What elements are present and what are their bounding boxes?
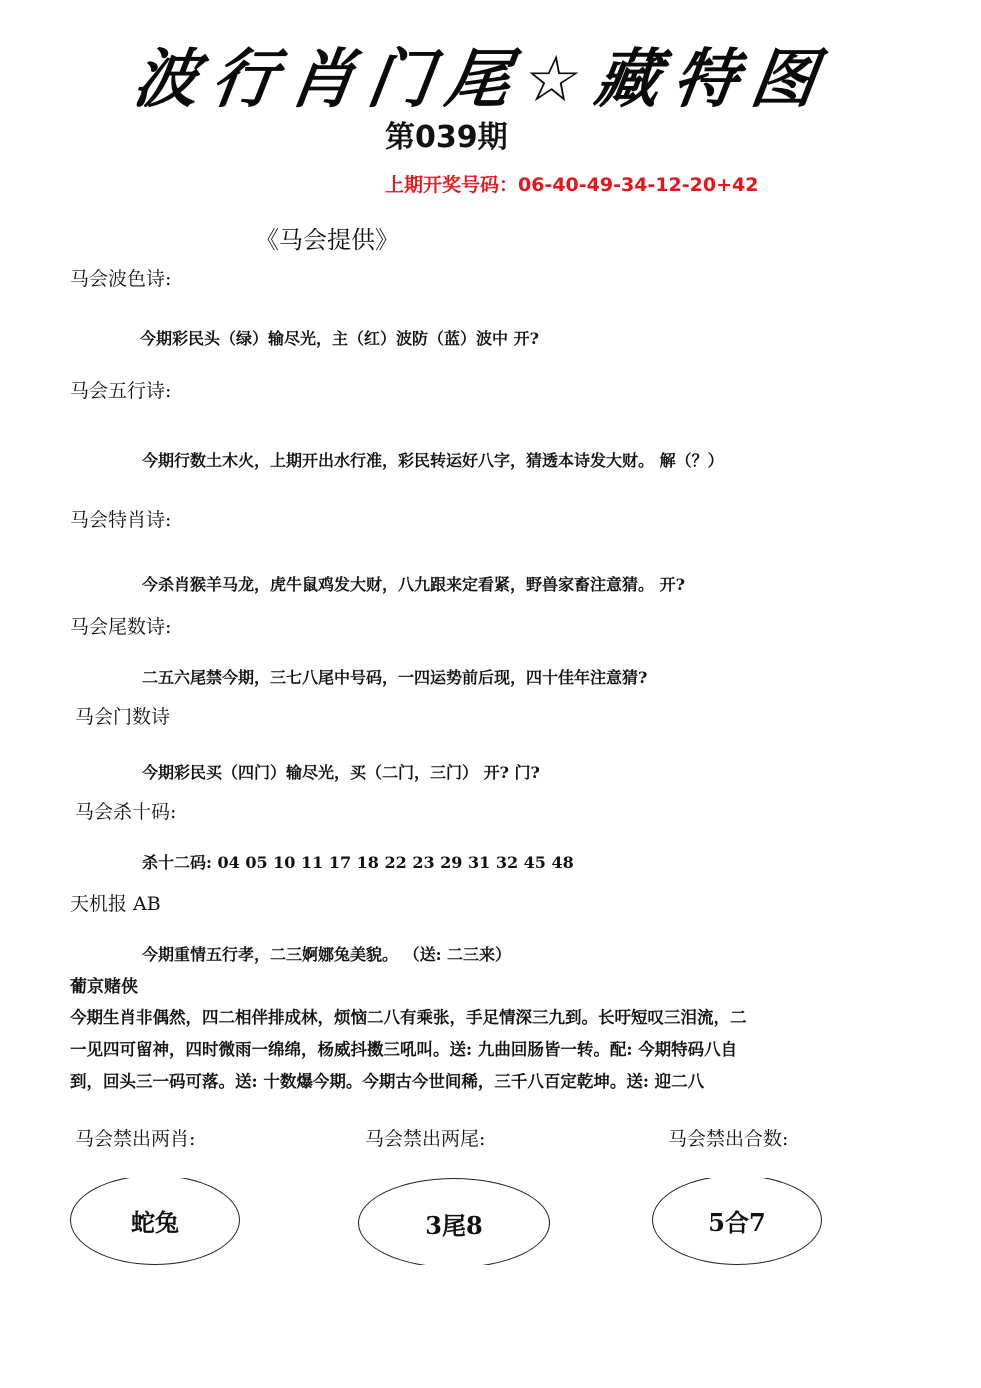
section-text-special-zodiac: 今杀肖猴羊马龙，虎牛鼠鸡发大财，八九跟来定看紧，野兽家畜注意猜。 开?: [142, 572, 685, 595]
gambler-line: 一见四可留神，四时微雨一绵绵，杨威抖擞三吼叫。送: 九曲回肠皆一转。配: 今期特…: [70, 1034, 900, 1066]
gambler-line: 今期生肖非偶然，四二相伴排成林，烦恼二八有乘张，手足情深三九到。长吁短叹三泪流，…: [70, 1002, 900, 1034]
ban-zodiac-value: 蛇兔: [131, 1203, 179, 1238]
last-draw-value: 06-40-49-34-12-20+42: [518, 174, 758, 196]
last-draw-label: 上期开奖号码：: [385, 174, 518, 196]
section-text-kill-numbers: 杀十二码: 04 05 10 11 17 18 22 23 29 31 32 4…: [142, 850, 574, 873]
section-heading-door-number: 马会门数诗: [75, 702, 170, 729]
section-heading-wave-color: 马会波色诗:: [70, 264, 171, 291]
section-text-tail-number: 二五六尾禁今期，三七八尾中号码，一四运势前后现，四十佳年注意猜?: [142, 665, 647, 688]
provider-label: 《马会提供》: [255, 220, 399, 255]
ban-sum-value: 5合7: [708, 1203, 765, 1238]
section-heading-special-zodiac: 马会特肖诗:: [70, 505, 171, 532]
ban-tail-value: 3尾8: [425, 1206, 482, 1241]
section-text-wave-color: 今期彩民头（绿）输尽光，主（红）波防（蓝）波中 开?: [140, 326, 539, 349]
section-text-door-number: 今期彩民买（四门）输尽光，买（二门，三门） 开? 门?: [142, 760, 540, 783]
section-heading-tail-number: 马会尾数诗:: [70, 612, 171, 639]
section-text-tianji: 今期重情五行孝，二三婀娜兔美貌。 （送: 二三来）: [142, 942, 511, 965]
section-heading-kill-numbers: 马会杀十码:: [75, 797, 176, 824]
last-draw-numbers: 上期开奖号码：06-40-49-34-12-20+42: [385, 170, 758, 197]
ban-zodiac-label: 马会禁出两肖:: [75, 1124, 195, 1151]
section-heading-tianji: 天机报 AB: [70, 889, 161, 916]
gambler-line: 到，回头三一码可落。送: 十数爆今期。今期古今世间稀，三千八百定乾坤。送: 迎二…: [70, 1066, 900, 1098]
gambler-heading: 葡京赌侠: [70, 972, 138, 997]
issue-number: 第039期: [385, 112, 508, 156]
gambler-paragraph: 今期生肖非偶然，四二相伴排成林，烦恼二八有乘张，手足情深三九到。长吁短叹三泪流，…: [70, 1002, 900, 1098]
ban-zodiac-oval: 蛇兔: [70, 1175, 240, 1265]
ban-sum-label: 马会禁出合数:: [668, 1124, 788, 1151]
ban-tail-oval: 3尾8: [358, 1178, 550, 1268]
section-heading-five-elements: 马会五行诗:: [70, 376, 171, 403]
ban-sum-oval: 5合7: [652, 1175, 822, 1265]
section-text-five-elements: 今期行数土木火，上期开出水行准，彩民转运好八字，猜透本诗发大财。 解（？）: [142, 448, 724, 471]
page-title: 波行肖门尾☆藏特图: [129, 28, 837, 120]
ban-tail-label: 马会禁出两尾:: [365, 1124, 485, 1151]
